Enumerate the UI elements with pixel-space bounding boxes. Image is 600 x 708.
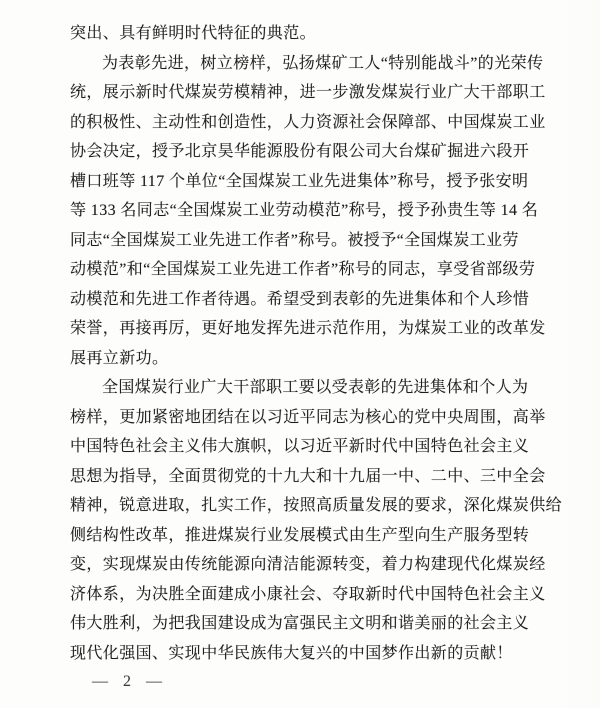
text-line: 侧结构性改革，推进煤炭行业发展模式由生产型向生产服务型转	[70, 521, 550, 551]
text-line: 现代化强国、实现中华民族伟大复兴的中国梦作出新的贡献！	[70, 639, 550, 669]
text-line: 槽口班等 117 个单位“全国煤炭工业先进集体”称号，授予张安明	[70, 167, 550, 197]
text-line: 动模范和先进工作者待遇。希望受到表彰的先进集体和个人珍惜	[70, 285, 550, 315]
text-line: 突出、具有鲜明时代特征的典范。	[70, 19, 550, 49]
text-line: 济体系，为决胜全面建成小康社会、夺取新时代中国特色社会主义	[70, 580, 550, 610]
text-line: 展再立新功。	[70, 344, 550, 374]
page-number: — 2 —	[92, 671, 163, 693]
text-line: 思想为指导，全面贯彻党的十九大和十九届一中、二中、三中全会	[70, 462, 550, 492]
text-line: 变，实现煤炭由传统能源向清洁能源转变，着力构建现代化煤炭经	[70, 550, 550, 580]
text-line: 精神，锐意进取，扎实工作，按照高质量发展的要求，深化煤炭供给	[70, 491, 550, 521]
document-page: 突出、具有鲜明时代特征的典范。为表彰先进，树立榜样，弘扬煤矿工人“特别能战斗”的…	[0, 0, 600, 708]
document-body: 突出、具有鲜明时代特征的典范。为表彰先进，树立榜样，弘扬煤矿工人“特别能战斗”的…	[70, 19, 550, 668]
text-line: 荣誉，再接再厉，更好地发挥先进示范作用，为煤炭工业的改革发	[70, 314, 550, 344]
text-line: 统，展示新时代煤炭劳模精神，进一步激发煤炭行业广大干部职工	[70, 78, 550, 108]
text-line: 中国特色社会主义伟大旗帜，以习近平新时代中国特色社会主义	[70, 432, 550, 462]
text-line: 动模范”和“全国煤炭工业先进工作者”称号的同志，享受省部级劳	[70, 255, 550, 285]
text-line: 等 133 名同志“全国煤炭工业劳动模范”称号，授予孙贵生等 14 名	[70, 196, 550, 226]
text-line: 全国煤炭行业广大干部职工要以受表彰的先进集体和个人为	[70, 373, 550, 403]
text-line: 同志“全国煤炭工业先进工作者”称号。被授予“全国煤炭工业劳	[70, 226, 550, 256]
text-line: 榜样，更加紧密地团结在以习近平同志为核心的党中央周围，高举	[70, 403, 550, 433]
text-line: 伟大胜利，为把我国建设成为富强民主文明和谐美丽的社会主义	[70, 609, 550, 639]
text-line: 协会决定，授予北京昊华能源股份有限公司大台煤矿掘进六段开	[70, 137, 550, 167]
text-line: 的积极性、主动性和创造性，人力资源社会保障部、中国煤炭工业	[70, 108, 550, 138]
text-line: 为表彰先进，树立榜样，弘扬煤矿工人“特别能战斗”的光荣传	[70, 49, 550, 79]
